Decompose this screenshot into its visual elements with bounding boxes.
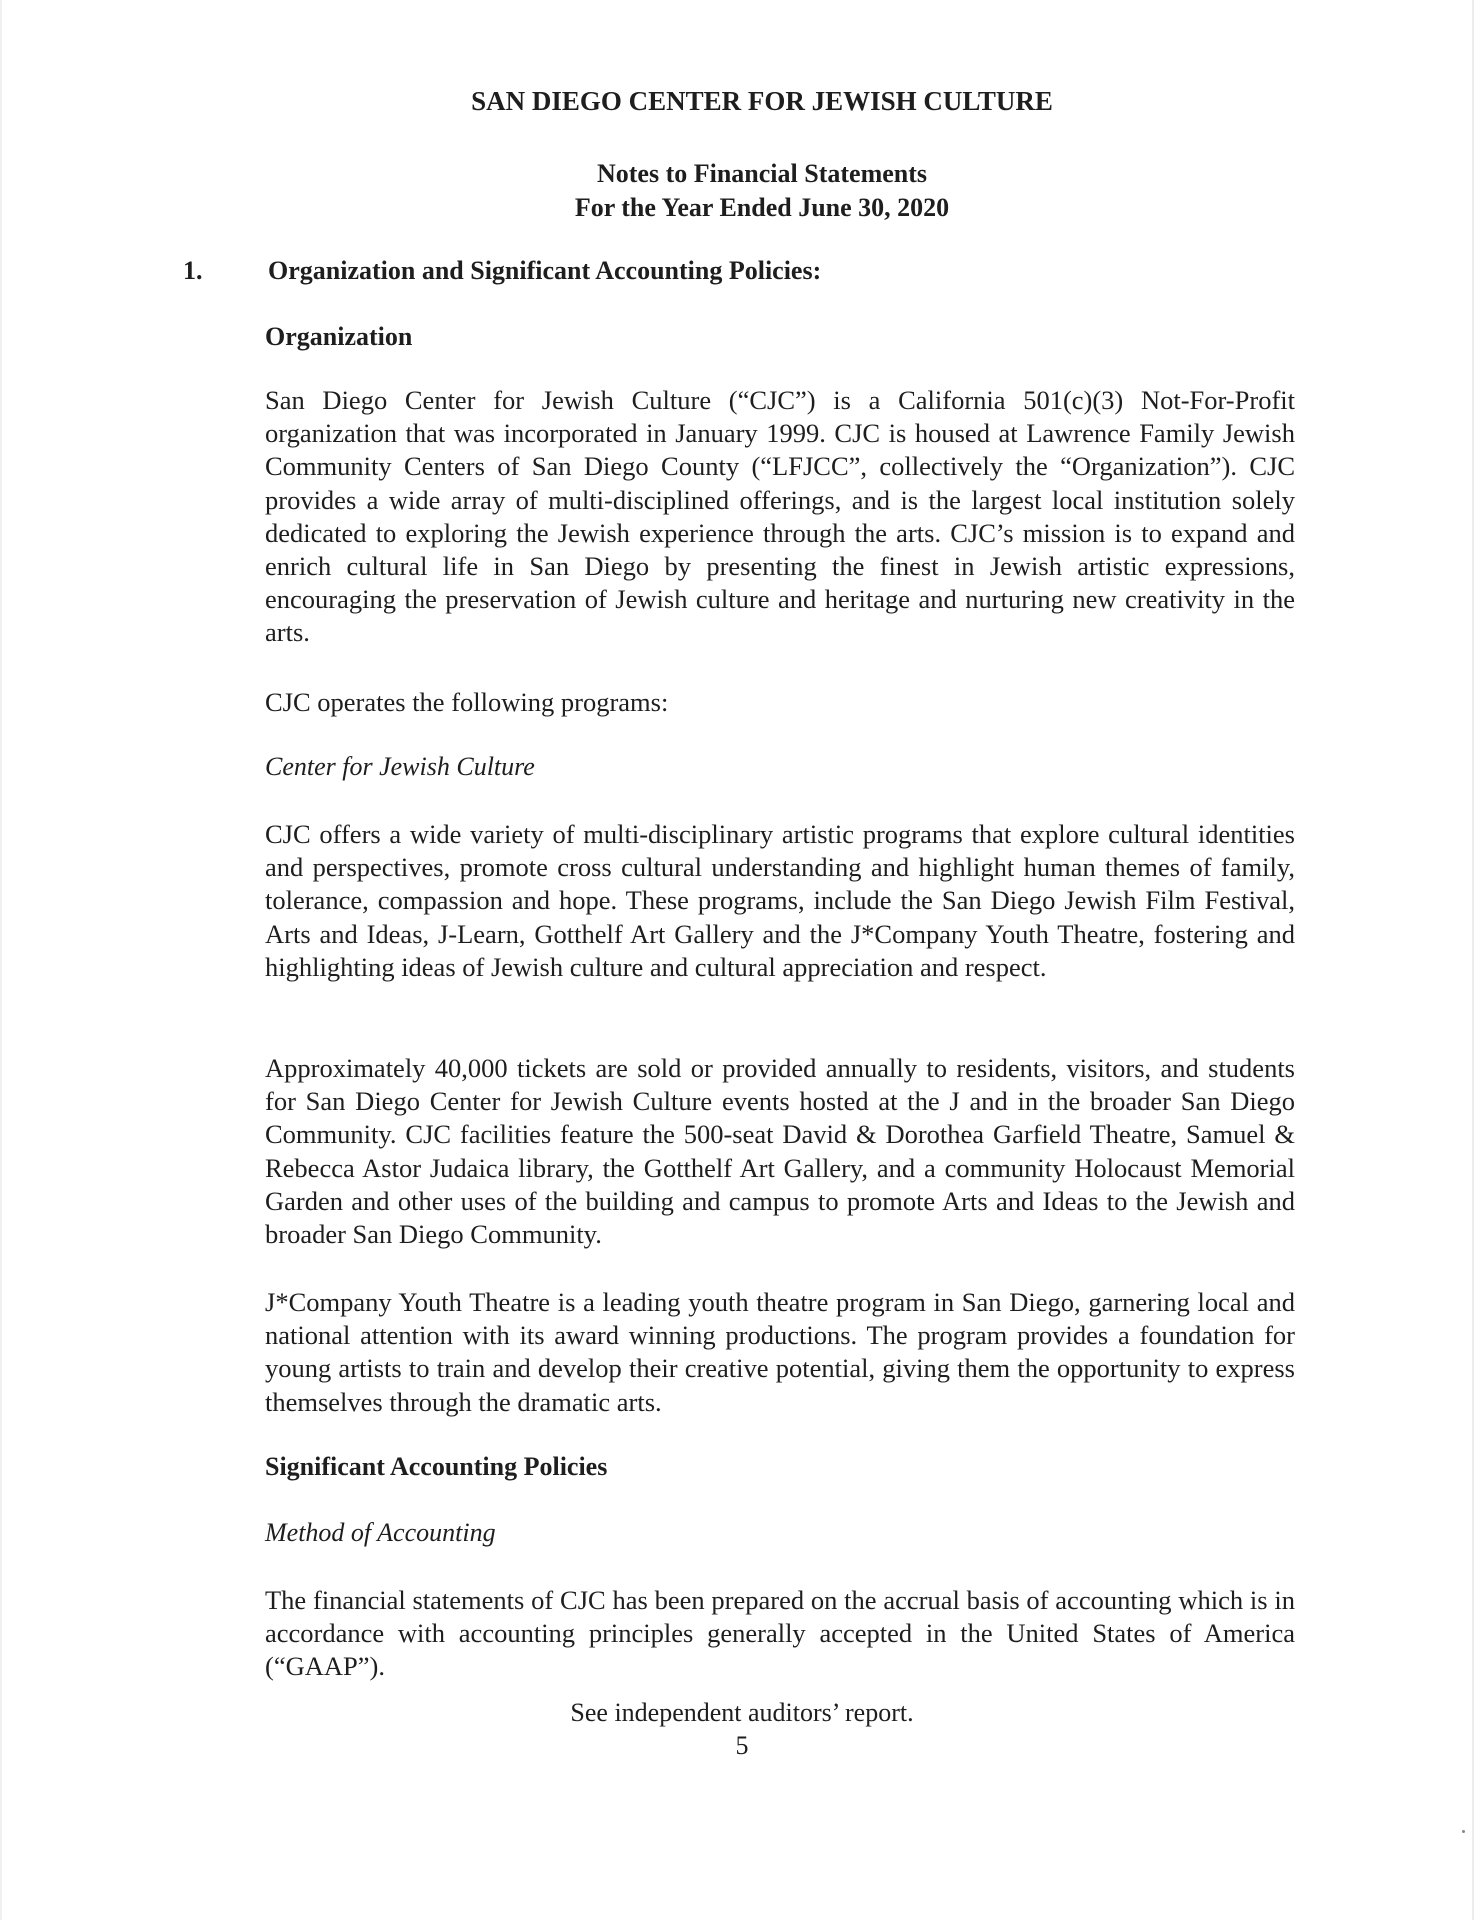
- programs-intro: CJC operates the following programs:: [265, 686, 1295, 719]
- program-paragraph-1: CJC offers a wide variety of multi-disci…: [265, 818, 1295, 984]
- section-number: 1.: [183, 256, 203, 286]
- program-heading: Center for Jewish Culture: [265, 752, 535, 782]
- organization-heading: Organization: [265, 322, 412, 352]
- method-of-accounting-paragraph: The financial statements of CJC has been…: [265, 1584, 1295, 1684]
- program-paragraph-3: J*Company Youth Theatre is a leading you…: [265, 1286, 1295, 1419]
- organization-title: SAN DIEGO CENTER FOR JEWISH CULTURE: [0, 86, 1484, 117]
- page-left-edge: [0, 0, 2, 1920]
- scan-speck: [1462, 1830, 1465, 1833]
- organization-paragraph: San Diego Center for Jewish Culture (“CJ…: [265, 384, 1295, 650]
- section-title: Organization and Significant Accounting …: [268, 256, 821, 286]
- page-right-edge: [1472, 0, 1474, 1920]
- document-page: SAN DIEGO CENTER FOR JEWISH CULTURE Note…: [0, 0, 1484, 1920]
- page-number: 5: [0, 1731, 1484, 1761]
- subtitle-line-1: Notes to Financial Statements: [40, 157, 1484, 191]
- auditors-report-note: See independent auditors’ report.: [0, 1698, 1484, 1728]
- policies-heading: Significant Accounting Policies: [265, 1452, 607, 1482]
- program-paragraph-2: Approximately 40,000 tickets are sold or…: [265, 1052, 1295, 1251]
- method-of-accounting-heading: Method of Accounting: [265, 1518, 496, 1548]
- subtitle-line-2: For the Year Ended June 30, 2020: [40, 191, 1484, 225]
- document-subtitle: Notes to Financial Statements For the Ye…: [0, 157, 1484, 225]
